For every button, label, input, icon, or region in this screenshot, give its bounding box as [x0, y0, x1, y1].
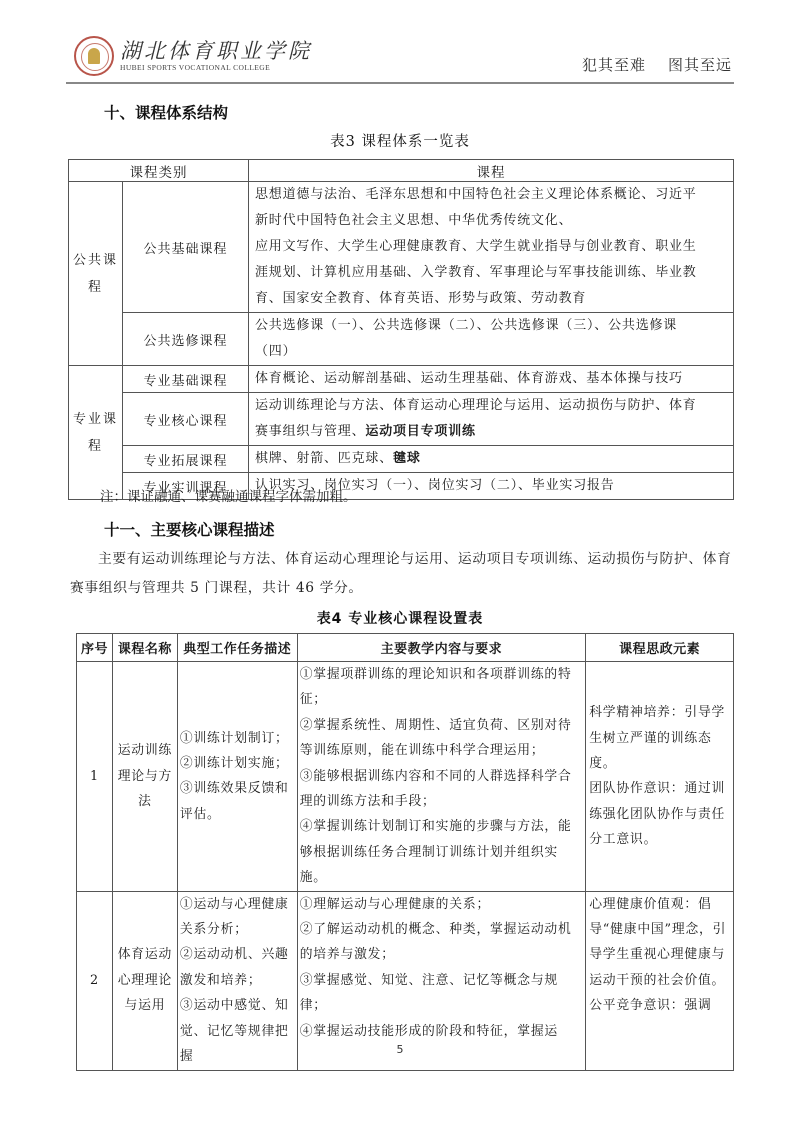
college-name-en: HUBEI SPORTS VOCATIONAL COLLEGE [120, 63, 312, 73]
table4-caption: 表4 专业核心课程设置表 [0, 608, 800, 628]
course-list: 体育概论、运动解剖基础、运动生理基础、体育游戏、基本体操与技巧 [249, 366, 734, 393]
section-heading-core-courses: 十一、主要核心课程描述 [104, 518, 275, 540]
college-emblem-icon [74, 36, 114, 76]
table-row: 专业课程 专业基础课程 体育概论、运动解剖基础、运动生理基础、体育游戏、基本体操… [69, 366, 734, 393]
course-list: 棋牌、射箭、匹克球、毽球 [249, 446, 734, 473]
header-no: 序号 [77, 634, 113, 662]
curriculum-overview-table: 课程类别 课程 公共课程 公共基础课程 思想道德与法治、毛泽东思想和中国特色社会… [68, 159, 734, 500]
table-header-row: 课程类别 课程 [69, 160, 734, 182]
bold-course: 运动项目专项训练 [365, 424, 475, 439]
college-logo: 湖北体育职业学院 HUBEI SPORTS VOCATIONAL COLLEGE [74, 36, 312, 76]
course-name: 运动训练理论与方法 [112, 662, 177, 892]
section-heading-curriculum-structure: 十、课程体系结构 [104, 101, 228, 123]
page-number: 5 [0, 1043, 800, 1056]
core-course-table: 序号 课程名称 典型工作任务描述 主要教学内容与要求 课程思政元素 1 运动训练… [76, 633, 734, 1071]
table-row: 1 运动训练理论与方法 ①训练计划制订； ②训练计划实施； ③训练效果反馈和评估… [77, 662, 734, 892]
task-description: ①训练计划制订； ②训练计划实施； ③训练效果反馈和评估。 [177, 662, 297, 892]
table-row: 专业核心课程 运动训练理论与方法、体育运动心理理论与运用、运动损伤与防护、体育 … [69, 393, 734, 446]
core-courses-paragraph: 主要有运动训练理论与方法、体育运动心理理论与运用、运动项目专项训练、运动损伤与防… [70, 545, 732, 603]
college-motto: 犯其至难图其至远 [582, 54, 732, 75]
category-professional-courses: 专业课程 [69, 366, 123, 500]
course-list: 思想道德与法治、毛泽东思想和中国特色社会主义理论体系概论、习近平 新时代中国特色… [249, 182, 734, 313]
row-number: 1 [77, 662, 113, 892]
header-divider [66, 82, 734, 84]
table-header-row: 序号 课程名称 典型工作任务描述 主要教学内容与要求 课程思政元素 [77, 634, 734, 662]
page-header: 湖北体育职业学院 HUBEI SPORTS VOCATIONAL COLLEGE… [74, 36, 732, 82]
motto-part-2: 图其至远 [668, 56, 732, 74]
table-row: 公共选修课程 公共选修课（一）、公共选修课（二）、公共选修课（三）、公共选修课 … [69, 313, 734, 366]
header-course-name: 课程名称 [112, 634, 177, 662]
table-row: 专业拓展课程 棋牌、射箭、匹克球、毽球 [69, 446, 734, 473]
course-list: 运动训练理论与方法、体育运动心理理论与运用、运动损伤与防护、体育 赛事组织与管理… [249, 393, 734, 446]
motto-part-1: 犯其至难 [582, 56, 646, 74]
subcategory-label: 公共基础课程 [123, 182, 249, 313]
college-name-cn: 湖北体育职业学院 [120, 39, 312, 63]
header-content: 主要教学内容与要求 [297, 634, 586, 662]
header-ideological-elements: 课程思政元素 [586, 634, 734, 662]
category-public-courses: 公共课程 [69, 182, 123, 366]
subcategory-label: 专业拓展课程 [123, 446, 249, 473]
table3-caption: 表3 课程体系一览表 [0, 130, 800, 151]
course-list: 公共选修课（一）、公共选修课（二）、公共选修课（三）、公共选修课 （四） [249, 313, 734, 366]
table3-note: 注：课证融通、课赛融通课程字体需加粗。 [100, 485, 357, 505]
teaching-content: ①掌握项群训练的理论知识和各项群训练的特征； ②掌握系统性、周期性、适宜负荷、区… [297, 662, 586, 892]
bold-course: 毽球 [393, 451, 421, 466]
subcategory-label: 公共选修课程 [123, 313, 249, 366]
header-course-category: 课程类别 [69, 160, 249, 182]
header-courses: 课程 [249, 160, 734, 182]
table-row: 公共课程 公共基础课程 思想道德与法治、毛泽东思想和中国特色社会主义理论体系概论… [69, 182, 734, 313]
subcategory-label: 专业核心课程 [123, 393, 249, 446]
header-tasks: 典型工作任务描述 [177, 634, 297, 662]
ideological-elements: 科学精神培养：引导学生树立严谨的训练态度。 团队协作意识：通过训练强化团队协作与… [586, 662, 734, 892]
subcategory-label: 专业基础课程 [123, 366, 249, 393]
